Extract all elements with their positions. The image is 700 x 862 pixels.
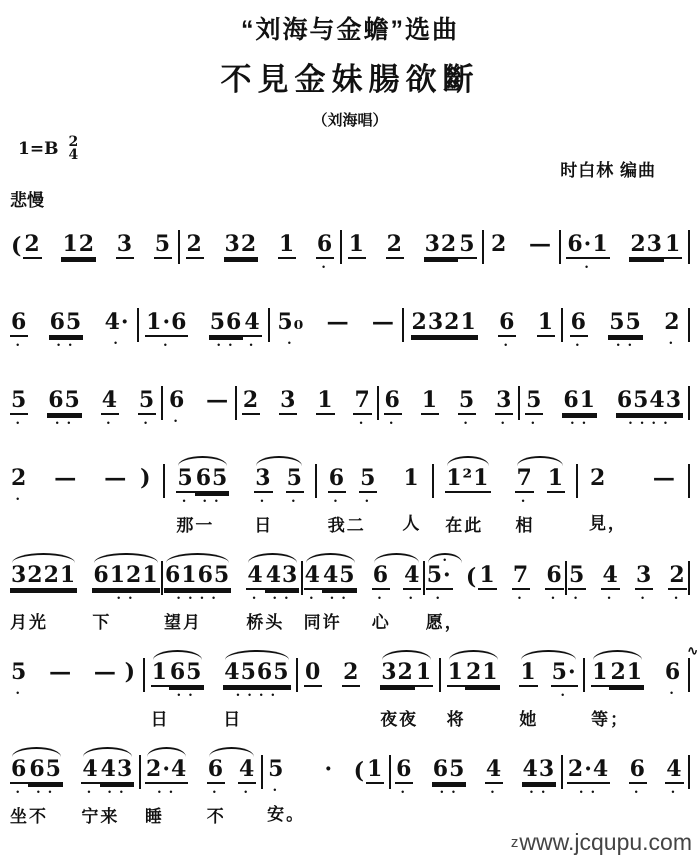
note-token: 5•: [267, 757, 285, 795]
note-group: 5•: [458, 377, 476, 428]
ornament-row: [353, 377, 371, 388]
note-value: 32: [380, 660, 415, 687]
note-token: 3•: [495, 388, 513, 428]
barline: [301, 561, 303, 595]
note-token: 5·•: [426, 563, 453, 603]
note-value: 4: [601, 563, 619, 590]
note-group: 6•4•心: [372, 552, 422, 633]
note-value: 5: [10, 388, 28, 415]
note-group: 5•: [525, 377, 543, 428]
note-token: 6•: [207, 757, 225, 797]
note-token: 4•: [238, 757, 256, 797]
octave-dots: •: [501, 419, 507, 428]
note-group: —: [371, 299, 396, 348]
lyric: [568, 608, 586, 628]
barline: [559, 230, 561, 264]
octave-dots: • •: [56, 419, 74, 428]
notes-row: 5₀•: [276, 310, 305, 348]
note-value: 5: [458, 388, 476, 415]
note-group: ·: [324, 746, 335, 820]
ornament-row: [353, 746, 385, 757]
note-token: 55• •: [608, 310, 643, 350]
notes-row: 4•45• •: [304, 563, 357, 603]
note-group: —: [53, 455, 78, 529]
notes-row: 1²1: [445, 466, 490, 506]
notes-row: 231: [629, 232, 682, 272]
slur-arc: [12, 747, 61, 757]
octave-dots: •: [574, 594, 580, 603]
octave-dots: • •: [177, 691, 195, 700]
octave-dots: • •: [273, 594, 291, 603]
note-value: 6: [168, 388, 186, 413]
lyric: 日: [254, 511, 304, 536]
note-value: 5: [568, 563, 586, 590]
note-group: 2見，: [589, 455, 627, 534]
lyric: [629, 802, 647, 822]
octave-dots: • •: [580, 788, 598, 797]
notes-row: 6•: [168, 388, 186, 426]
notes-row: 6•: [570, 310, 588, 350]
score-line: 2•——)5•65• •那一3•5•日6•5•我二1人1²1在此7•1相2見，—: [8, 455, 692, 536]
notes-row: 325: [424, 232, 477, 272]
note-token: 6•: [545, 563, 563, 603]
note-value: 3: [116, 232, 134, 259]
ornament-row: [445, 455, 490, 466]
key-tonic: 1=B: [18, 139, 58, 159]
octave-dots: •: [260, 497, 266, 506]
note-token: 32: [380, 660, 415, 700]
barline: [178, 230, 180, 264]
lyric: [512, 608, 530, 628]
barline: [377, 386, 379, 420]
notes-row: —: [652, 466, 677, 504]
lyric: [395, 802, 413, 822]
note-token: 1: [278, 232, 296, 272]
note-token: 6•: [570, 310, 588, 350]
note-group: •5·•愿，: [426, 552, 464, 633]
note-value: 1: [537, 310, 555, 337]
note-value: 4565: [223, 660, 290, 687]
note-value: 6: [10, 757, 28, 784]
ornament-row: [528, 221, 553, 232]
octave-dots: •: [669, 339, 675, 348]
note-value: 65: [28, 757, 63, 784]
slur-arc: [225, 650, 288, 660]
ornament-row: [371, 299, 396, 310]
note-token: 5•: [138, 388, 156, 428]
slur-arc: [94, 553, 157, 563]
notes-row: 6165• • • •: [164, 563, 231, 603]
ornament-row: [485, 746, 503, 757]
note-token: 65• •: [195, 466, 230, 506]
notes-row: 3221: [10, 563, 77, 603]
ornament-row: [139, 455, 152, 466]
note-token: 43• •: [265, 563, 300, 603]
slur-arc: [449, 650, 498, 660]
note-group: 6•: [384, 377, 402, 428]
note-value: 1: [348, 232, 366, 259]
note-token: 4•: [485, 757, 503, 797]
ornament-row: [223, 649, 290, 660]
watermark-url: www.jcqupu.com: [519, 829, 692, 856]
lyric: 坐不: [10, 802, 63, 827]
note-token: 45• •: [322, 563, 357, 603]
ornament-row: [537, 299, 555, 310]
note-token: 1: [348, 232, 366, 272]
octave-dots: •: [244, 788, 250, 797]
ornament-row: [93, 649, 118, 660]
ornament-row: [601, 552, 619, 563]
octave-dots: • • • •: [629, 419, 670, 428]
octave-dots: •: [16, 689, 22, 698]
barline: [482, 230, 484, 264]
note-group: 1人: [402, 455, 421, 534]
note-token: 6•: [10, 757, 28, 797]
note-token: 5•: [10, 660, 28, 698]
ornament-row: [316, 377, 334, 388]
note-group: 1: [421, 377, 439, 428]
note-value: 4: [101, 388, 119, 415]
slur-arc: [517, 456, 563, 466]
note-group: 6•5•我二: [328, 455, 378, 536]
note-token: 4•: [243, 310, 261, 350]
note-token: 4•: [403, 563, 421, 603]
note-group: 4•: [665, 746, 683, 822]
note-token: 6•: [629, 757, 647, 797]
note-token: 3221: [10, 563, 77, 603]
notes-row: 6•4•: [207, 757, 257, 797]
ornament-row: [380, 649, 433, 660]
note-value: —: [205, 388, 230, 413]
octave-dots: •: [675, 594, 681, 603]
note-token: 5•: [458, 388, 476, 428]
lyric: [465, 608, 497, 628]
octave-dots: •: [585, 263, 591, 272]
lyric: [53, 509, 78, 529]
lyric: [103, 509, 128, 529]
note-group: 1: [316, 377, 334, 428]
note-value: (: [465, 565, 478, 590]
opera-selection-title: “刘海与金蟾”选曲: [6, 10, 694, 46]
barline: [688, 308, 690, 342]
lyric: 我二: [328, 511, 378, 536]
notes-row: 2•: [10, 466, 28, 504]
note-value: (: [10, 234, 23, 259]
note-value: 2: [23, 232, 41, 259]
ornament-row: [395, 746, 413, 757]
octave-dots: •: [249, 341, 255, 350]
note-token: 32: [224, 232, 259, 272]
note-token: 7•: [353, 388, 371, 428]
note-token: 65• •: [432, 757, 467, 797]
notes-row: 3•5•: [254, 466, 304, 506]
note-token: ): [124, 660, 137, 698]
barline: [432, 464, 434, 498]
ornament-row: [124, 649, 137, 660]
note-group: 121将: [447, 649, 500, 730]
score: (2123523216•123252—6·1•2316•65• •4·•1·6•…: [6, 221, 694, 827]
notes-row: 121: [447, 660, 500, 700]
barline: [561, 308, 563, 342]
note-token: 1: [547, 466, 565, 506]
ornament-row: [570, 299, 588, 310]
note-token: 4•: [246, 563, 264, 603]
watermark-arrow-icon: z: [511, 834, 519, 851]
ornament-row: [10, 552, 77, 563]
note-group: 3•5•日: [254, 455, 304, 536]
note-group: 6•: [629, 746, 647, 822]
note-token: ): [139, 466, 152, 504]
meta-row: 1=B 2 4 时白林 编曲: [6, 130, 694, 184]
note-token: 32: [424, 232, 459, 272]
barline: [389, 755, 391, 789]
note-group: 4·•: [104, 299, 131, 348]
slur-arc: [166, 553, 229, 563]
note-value: 1: [278, 232, 296, 259]
note-group: 7•1相: [515, 455, 565, 536]
note-value: ): [139, 466, 152, 491]
slur-arc: [256, 456, 302, 466]
note-token: 6165• • • •: [164, 563, 231, 603]
octave-dots: •: [670, 689, 676, 698]
trill-icon: ∿: [687, 643, 698, 659]
octave-dots: • •: [617, 341, 635, 350]
ornament-row: [458, 377, 476, 388]
note-token: 4•: [601, 563, 619, 603]
note-value: 56: [209, 310, 244, 337]
lyric: 桥头: [246, 608, 299, 633]
notes-row: 2: [589, 466, 627, 504]
octave-dots: •: [273, 786, 279, 795]
notes-row: 6•5•: [328, 466, 378, 506]
notes-row: 3•: [495, 388, 513, 428]
note-value: 65: [49, 310, 84, 337]
note-token: 6•: [328, 466, 346, 506]
lyric: 宁来: [81, 802, 134, 827]
note-token: 6543• • • •: [616, 388, 683, 428]
note-value: 2321: [411, 310, 478, 337]
note-value: 1: [366, 757, 384, 784]
note-token: 4•: [101, 388, 119, 428]
octave-dots: •: [322, 263, 328, 272]
notes-row: ·: [324, 757, 335, 795]
score-line: 5•——)165• •日4565• • • •日02321夜夜121将15·•她…: [8, 649, 692, 730]
note-group: 5•65• •那一: [176, 455, 229, 536]
notes-row: 2: [386, 232, 404, 272]
barline: [296, 658, 298, 692]
note-value: 43: [100, 757, 135, 784]
slur-arc: [306, 553, 355, 563]
ornament-row: [652, 455, 677, 466]
ornament-row: [103, 455, 128, 466]
note-value: 6: [372, 563, 390, 590]
note-group: 6165• • • •望月: [164, 552, 231, 633]
note-token: 5: [154, 232, 172, 272]
note-value: 2: [490, 232, 508, 257]
lyric: 睡: [145, 802, 188, 827]
note-value: 2·4: [145, 757, 188, 784]
note-value: 5: [267, 757, 285, 782]
note-value: 23: [629, 232, 664, 259]
ornament-row: [616, 377, 683, 388]
octave-dots: •: [213, 788, 219, 797]
note-token: 1: [537, 310, 555, 350]
ornament-row: [101, 377, 119, 388]
notes-row: 5: [154, 232, 172, 272]
note-value: 2: [242, 388, 260, 415]
note-token: 56• •: [209, 310, 244, 350]
note-value: 7: [353, 388, 371, 415]
notes-row: 5•: [10, 660, 28, 698]
key-signature: 1=B 2 4: [18, 136, 78, 162]
note-value: 12: [61, 232, 96, 259]
ornament-row: [138, 377, 156, 388]
barline: [688, 464, 690, 498]
note-group: 6•: [498, 299, 516, 350]
ornament-row: [116, 221, 134, 232]
note-group: 7•: [353, 377, 371, 428]
slur-arc: [382, 650, 431, 660]
note-group: 2: [386, 221, 404, 272]
notes-row: —: [53, 466, 78, 504]
note-token: 6•: [316, 232, 334, 272]
notes-row: 7•1: [515, 466, 565, 506]
ornament-row: [61, 221, 96, 232]
octave-dots: •: [378, 594, 384, 603]
slur-arc: [147, 747, 186, 757]
note-token: 2: [490, 232, 508, 270]
note-token: 5•: [286, 466, 304, 506]
notes-row: 65• •: [432, 757, 467, 797]
notes-row: 65• •: [49, 310, 84, 350]
octave-dots: • •: [108, 788, 126, 797]
note-group: 3•: [635, 552, 653, 628]
lyric: [342, 705, 360, 725]
note-group: —: [652, 455, 677, 529]
note-token: 2: [342, 660, 360, 700]
note-value: —: [103, 466, 128, 491]
notes-row: 6121• •: [92, 563, 159, 603]
notes-row: 4•: [101, 388, 119, 428]
lyric: [93, 703, 118, 723]
ornament-row: [207, 746, 257, 757]
ornament-row: [186, 221, 204, 232]
ornament-row: [411, 299, 478, 310]
note-value: (: [353, 759, 366, 784]
lyric: [545, 608, 563, 628]
ornament-row: [567, 746, 610, 757]
notes-row: 1·6•: [145, 310, 188, 350]
note-token: 7•: [512, 563, 530, 603]
note-group: 2: [242, 377, 260, 428]
notes-row: 1: [348, 232, 366, 272]
note-token: 3•: [635, 563, 653, 603]
note-value: 2: [186, 232, 204, 259]
note-token: 5•: [10, 388, 28, 428]
octave-dots: •: [310, 594, 316, 603]
ornament-row: [512, 552, 530, 563]
ornament-row: [432, 746, 467, 757]
note-value: 3: [279, 388, 297, 415]
note-value: 6: [207, 757, 225, 784]
notes-row: 2•: [663, 310, 681, 348]
note-token: 65• •: [49, 310, 84, 350]
composer-credit: 时白林 编曲: [560, 156, 656, 181]
note-group: 2: [490, 221, 508, 270]
note-token: 1: [402, 466, 420, 504]
notes-row: 1: [421, 388, 439, 428]
note-group: 165• •日: [151, 649, 204, 730]
notes-row: 3: [116, 232, 134, 272]
notes-row: 6•: [498, 310, 516, 350]
ornament-row: [81, 746, 134, 757]
note-group: 1·6•: [145, 299, 188, 350]
note-token: 61• •: [562, 388, 597, 428]
note-value: 45: [322, 563, 357, 590]
lyric: [124, 703, 137, 723]
slur-arc: [447, 456, 488, 466]
barline: [137, 308, 139, 342]
octave-dots: •: [390, 419, 396, 428]
notes-row: 6•65• •: [10, 757, 63, 797]
note-value: 4: [238, 757, 256, 784]
octave-dots: •: [635, 788, 641, 797]
note-token: —: [528, 232, 553, 270]
note-token: 65• •: [169, 660, 204, 700]
notes-row: 2•: [668, 563, 686, 603]
note-group: 6•: [168, 377, 186, 426]
note-group: ): [139, 455, 152, 529]
lyric: [432, 802, 467, 822]
note-value: 1: [402, 466, 420, 491]
note-token: 1: [478, 563, 496, 603]
notes-row: ): [139, 466, 152, 504]
lyric: 将: [447, 705, 500, 730]
time-signature: 2 4: [68, 136, 78, 162]
ornament-row: [10, 649, 28, 660]
note-value: 4: [81, 757, 99, 784]
note-group: 4•43• •宁来: [81, 746, 134, 827]
octave-dots: • • • •: [177, 594, 218, 603]
ornament-row: [224, 221, 259, 232]
score-line: 6•65• •坐不4•43• •宁来2·4• •睡6•4•不5•安。·(16•6…: [8, 746, 692, 827]
note-token: —: [371, 310, 396, 348]
ornament-row: [10, 455, 28, 466]
slur-arc: [209, 747, 255, 757]
lyric: 夜夜: [380, 705, 433, 730]
slur-arc: [374, 553, 420, 563]
note-token: (: [465, 565, 478, 603]
lyric: 同许: [304, 608, 357, 633]
note-value: 4: [304, 563, 322, 590]
note-group: 4•: [485, 746, 503, 822]
notes-row: —: [48, 660, 73, 698]
barline: [688, 561, 690, 595]
barline: [161, 386, 163, 420]
note-value: —: [652, 466, 677, 491]
note-value: 1: [421, 388, 439, 415]
lyric: 不: [207, 802, 257, 827]
note-token: 2: [186, 232, 204, 272]
ornament-row: [608, 299, 643, 310]
note-token: 1: [151, 660, 169, 700]
note-token: 6·1•: [566, 232, 609, 272]
note-group: 6•4•不: [207, 746, 257, 827]
note-value: —: [371, 310, 396, 335]
octave-dots: •: [292, 497, 298, 506]
note-value: 1: [415, 660, 433, 687]
note-token: 5·•: [551, 660, 578, 700]
